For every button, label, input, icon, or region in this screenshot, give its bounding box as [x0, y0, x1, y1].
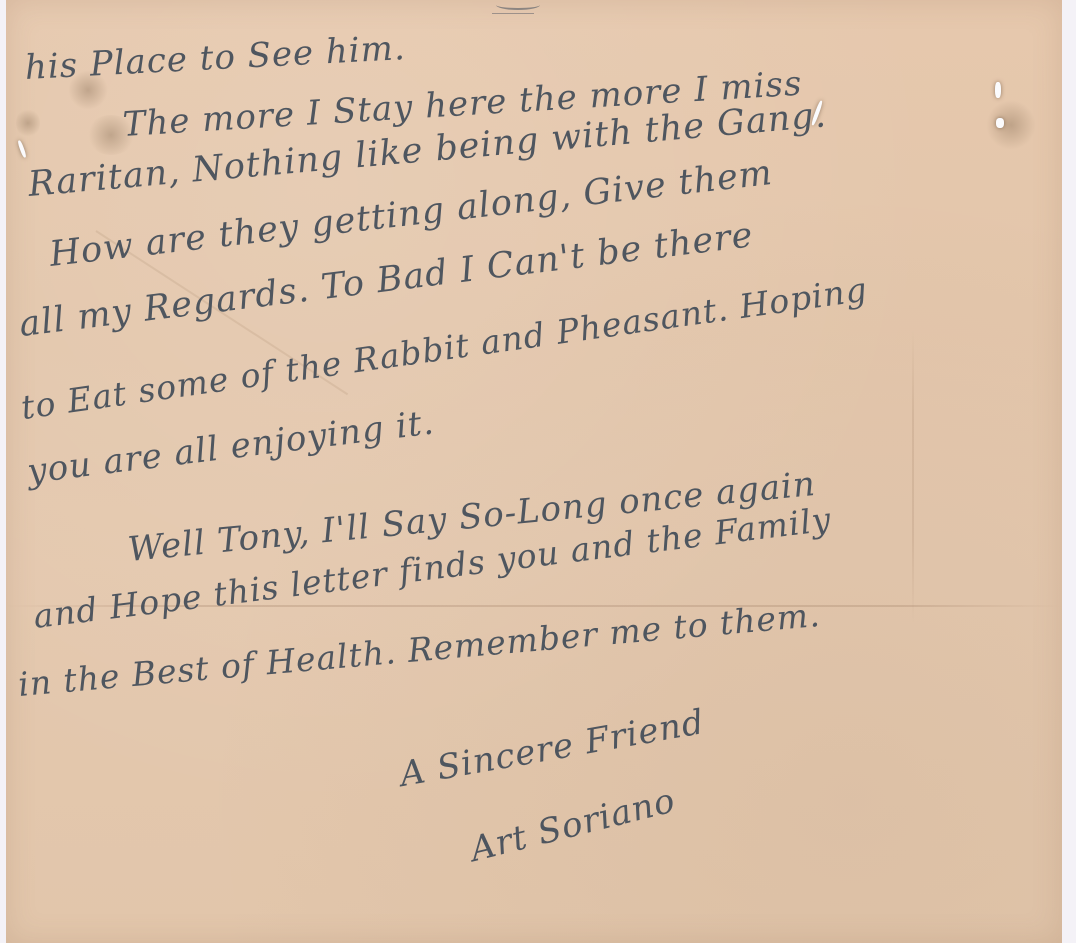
pin-hole	[996, 118, 1004, 128]
letter-closing: A Sincere Friend	[397, 702, 708, 795]
letter-page: his Place to See him. The more I Stay he…	[6, 0, 1062, 943]
stain	[986, 100, 1036, 150]
letter-line: his Place to See him.	[24, 28, 407, 88]
letter-signature: Art Soriano	[466, 780, 679, 870]
stain	[16, 108, 40, 138]
page-number-underline	[492, 13, 534, 14]
fold-crease-vertical	[912, 330, 914, 623]
paper-tear	[17, 140, 27, 158]
pin-hole	[995, 82, 1001, 98]
page-number-mark	[496, 0, 540, 10]
scanned-letter: his Place to See him. The more I Stay he…	[0, 0, 1076, 943]
